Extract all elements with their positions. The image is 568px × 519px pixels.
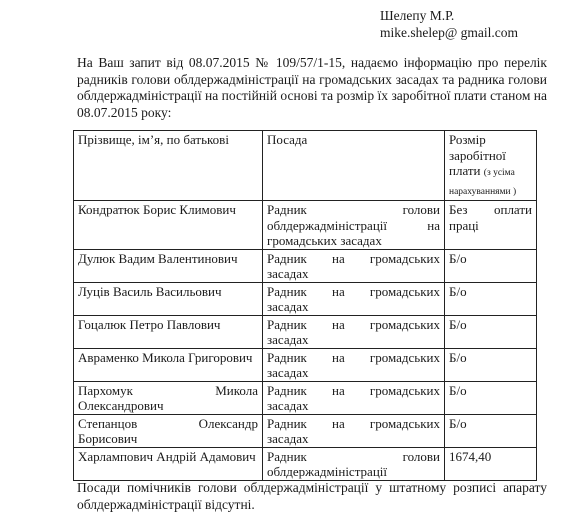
cell-position: Радник на громадських засадах bbox=[263, 381, 445, 414]
recipient-email: mike.shelep@ gmail.com bbox=[380, 24, 518, 41]
header-position: Посада bbox=[263, 131, 445, 201]
table-row: Кондратюк Борис Климович Радник голови о… bbox=[74, 201, 537, 250]
table-row: Дулюк Вадим Валентинович Радник на грома… bbox=[74, 249, 537, 282]
cell-position: Радник на громадських засадах bbox=[263, 282, 445, 315]
cell-salary: Б/о bbox=[445, 381, 537, 414]
cell-position: Радник на громадських засадах bbox=[263, 348, 445, 381]
cell-name: Луців Василь Васильович bbox=[74, 282, 263, 315]
cell-name: Степанцов Олександр Борисович bbox=[74, 414, 263, 447]
table-header-row: Прізвище, ім’я, по батькові Посада Розмі… bbox=[74, 131, 537, 201]
footer-paragraph: Посади помічників голови облдержадмініст… bbox=[77, 480, 547, 513]
cell-name: Гоцалюк Петро Павлович bbox=[74, 315, 263, 348]
cell-position: Радник на громадських засадах bbox=[263, 249, 445, 282]
cell-salary: 1674,40 bbox=[445, 447, 537, 480]
table-row: Харлампович Андрій Адамович Радник голов… bbox=[74, 447, 537, 480]
cell-salary: Б/о bbox=[445, 414, 537, 447]
cell-salary: Б/о bbox=[445, 348, 537, 381]
cell-name: Пархомук Микола Олександрович bbox=[74, 381, 263, 414]
table-row: Луців Василь Васильович Радник на громад… bbox=[74, 282, 537, 315]
cell-name: Дулюк Вадим Валентинович bbox=[74, 249, 263, 282]
cell-salary: Б/о bbox=[445, 315, 537, 348]
table-row: Степанцов Олександр Борисович Радник на … bbox=[74, 414, 537, 447]
header-name: Прізвище, ім’я, по батькові bbox=[74, 131, 263, 201]
cell-name: Кондратюк Борис Климович bbox=[74, 201, 263, 250]
recipient-name: Шелепу М.Р. bbox=[380, 7, 518, 24]
table-row: Пархомук Микола Олександрович Радник на … bbox=[74, 381, 537, 414]
recipient-block: Шелепу М.Р. mike.shelep@ gmail.com bbox=[380, 7, 518, 41]
cell-position: Радник голови облдержадміністрації на гр… bbox=[263, 201, 445, 250]
cell-salary: Без оплати праці bbox=[445, 201, 537, 250]
table-row: Гоцалюк Петро Павлович Радник на громадс… bbox=[74, 315, 537, 348]
header-salary: Розмір заробітної плати (з усіма нарахув… bbox=[445, 131, 537, 201]
cell-name: Авраменко Микола Григорович bbox=[74, 348, 263, 381]
cell-salary: Б/о bbox=[445, 282, 537, 315]
table-row: Авраменко Микола Григорович Радник на гр… bbox=[74, 348, 537, 381]
cell-position: Радник на громадських засадах bbox=[263, 315, 445, 348]
cell-name: Харлампович Андрій Адамович bbox=[74, 447, 263, 480]
intro-paragraph: На Ваш запит від 08.07.2015 № 109/57/1-1… bbox=[77, 55, 547, 121]
cell-position: Радник голови облдержадміністрації bbox=[263, 447, 445, 480]
cell-position: Радник на громадських засадах bbox=[263, 414, 445, 447]
advisers-table: Прізвище, ім’я, по батькові Посада Розмі… bbox=[73, 130, 537, 481]
cell-salary: Б/о bbox=[445, 249, 537, 282]
